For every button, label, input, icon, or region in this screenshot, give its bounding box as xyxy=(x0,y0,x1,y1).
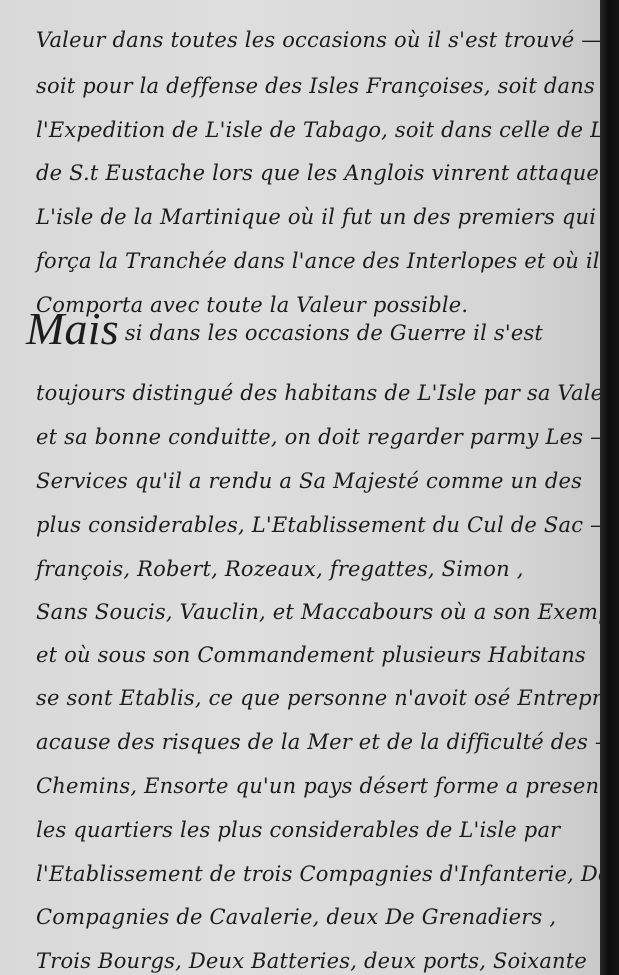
book-binding-edge xyxy=(600,0,619,975)
text-line: toujours distingué des habitans de L'Isl… xyxy=(36,381,619,405)
text-line: si dans les occasions de Guerre il s'est xyxy=(125,321,543,345)
text-line: Trois Bourgs, Deux Batteries, deux ports… xyxy=(36,949,587,973)
text-line: se sont Etablis, ce que personne n'avoit… xyxy=(36,686,619,710)
manuscript-page: Valeur dans toutes les occasions où il s… xyxy=(0,0,600,975)
paragraph-opening-line: Maissi dans les occasions de Guerre il s… xyxy=(26,302,543,355)
text-line: Chemins, Ensorte qu'un pays désert forme… xyxy=(36,774,608,798)
text-line: plus considerables, L'Etablissement du C… xyxy=(36,513,611,537)
text-line: et sa bonne conduitte, on doit regarder … xyxy=(36,425,611,449)
text-line: françois, Robert, Rozeaux, fregattes, Si… xyxy=(36,557,524,581)
text-line: acause des risques de la Mer et de la di… xyxy=(36,730,616,754)
text-line: L'isle de la Martinique où il fut un des… xyxy=(36,205,619,229)
text-line: l'Etablissement de trois Compagnies d'In… xyxy=(36,862,619,886)
text-line: l'Expedition de L'isle de Tabago, soit d… xyxy=(36,118,619,142)
drop-cap-word: Mais xyxy=(26,303,119,354)
text-line: de S.t Eustache lors que les Anglois vin… xyxy=(36,161,609,185)
text-line: les quartiers les plus considerables de … xyxy=(36,818,560,842)
text-line: et où sous son Commandement plusieurs Ha… xyxy=(36,643,586,667)
text-line: Compagnies de Cavalerie, deux De Grenadi… xyxy=(36,905,556,929)
text-line: soit pour la deffense des Isles François… xyxy=(36,74,595,98)
text-line: força la Tranchée dans l'ance des Interl… xyxy=(36,249,619,273)
text-line: Services qu'il a rendu a Sa Majesté comm… xyxy=(36,469,582,493)
text-line: Valeur dans toutes les occasions où il s… xyxy=(36,28,602,52)
text-line: Sans Soucis, Vauclin, et Maccabours où a… xyxy=(36,600,619,624)
